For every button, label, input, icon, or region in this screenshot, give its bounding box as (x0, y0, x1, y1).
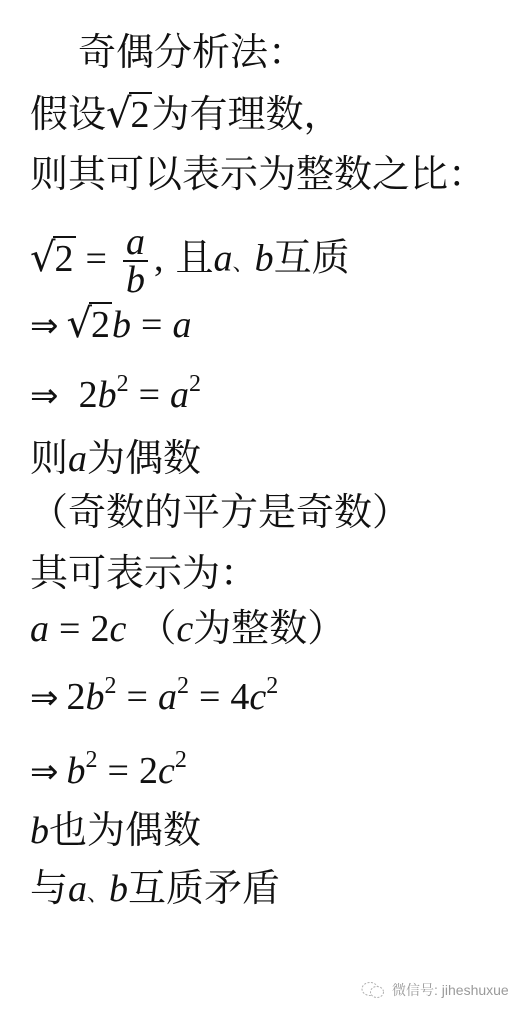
implies-icon: ⇒ (30, 306, 59, 346)
line-b-even: b也为偶数 (30, 808, 201, 853)
line-odd-square-note: （奇数的平方是奇数） (30, 490, 410, 534)
text: 假设 (30, 92, 106, 136)
line-2b2-eq-a2: ⇒ 2b2=a2 (30, 362, 201, 418)
wechat-icon (360, 981, 386, 999)
sqrt-2: √2 (30, 236, 76, 281)
sqrt-2: √2 (67, 302, 113, 347)
watermark-text: 微信号: jiheshuxue (392, 980, 509, 1000)
line-assumption: 假设√2为有理数， (30, 92, 342, 137)
text: （奇数的平方是奇数） (30, 490, 410, 534)
watermark: 微信号: jiheshuxue (360, 980, 509, 1000)
line-contradiction: 与a、b互质矛盾 (30, 866, 280, 917)
line-b2-eq-2c2: ⇒b2=2c2 (30, 738, 187, 794)
title: 奇偶分析法： (78, 30, 306, 74)
text: 为有理数， (152, 92, 342, 136)
line-fraction: √2=ab, 且a、b互质 (30, 224, 350, 298)
line-sqrt2b-eq-a: ⇒√2b=a (30, 302, 191, 348)
implies-icon: ⇒ (30, 376, 59, 416)
line-can-express: 其可表示为： (30, 551, 258, 595)
line-a-eq-2c: a=2c （c为整数） (30, 606, 345, 651)
line-2b2-eq-a2-eq-4c2: ⇒2b2=a2=4c2 (30, 664, 278, 720)
title-text: 奇偶分析法： (78, 30, 306, 74)
text: 其可表示为： (30, 551, 258, 595)
equals: = (86, 238, 107, 280)
fraction-a-over-b: ab (123, 224, 148, 298)
implies-icon: ⇒ (30, 678, 59, 718)
implies-icon: ⇒ (30, 752, 59, 792)
line-a-even: 则a为偶数 (30, 436, 201, 481)
sqrt-2: √2 (106, 92, 152, 137)
text: 则其可以表示为整数之比： (30, 152, 486, 196)
line-ratio-statement: 则其可以表示为整数之比： (30, 152, 486, 196)
